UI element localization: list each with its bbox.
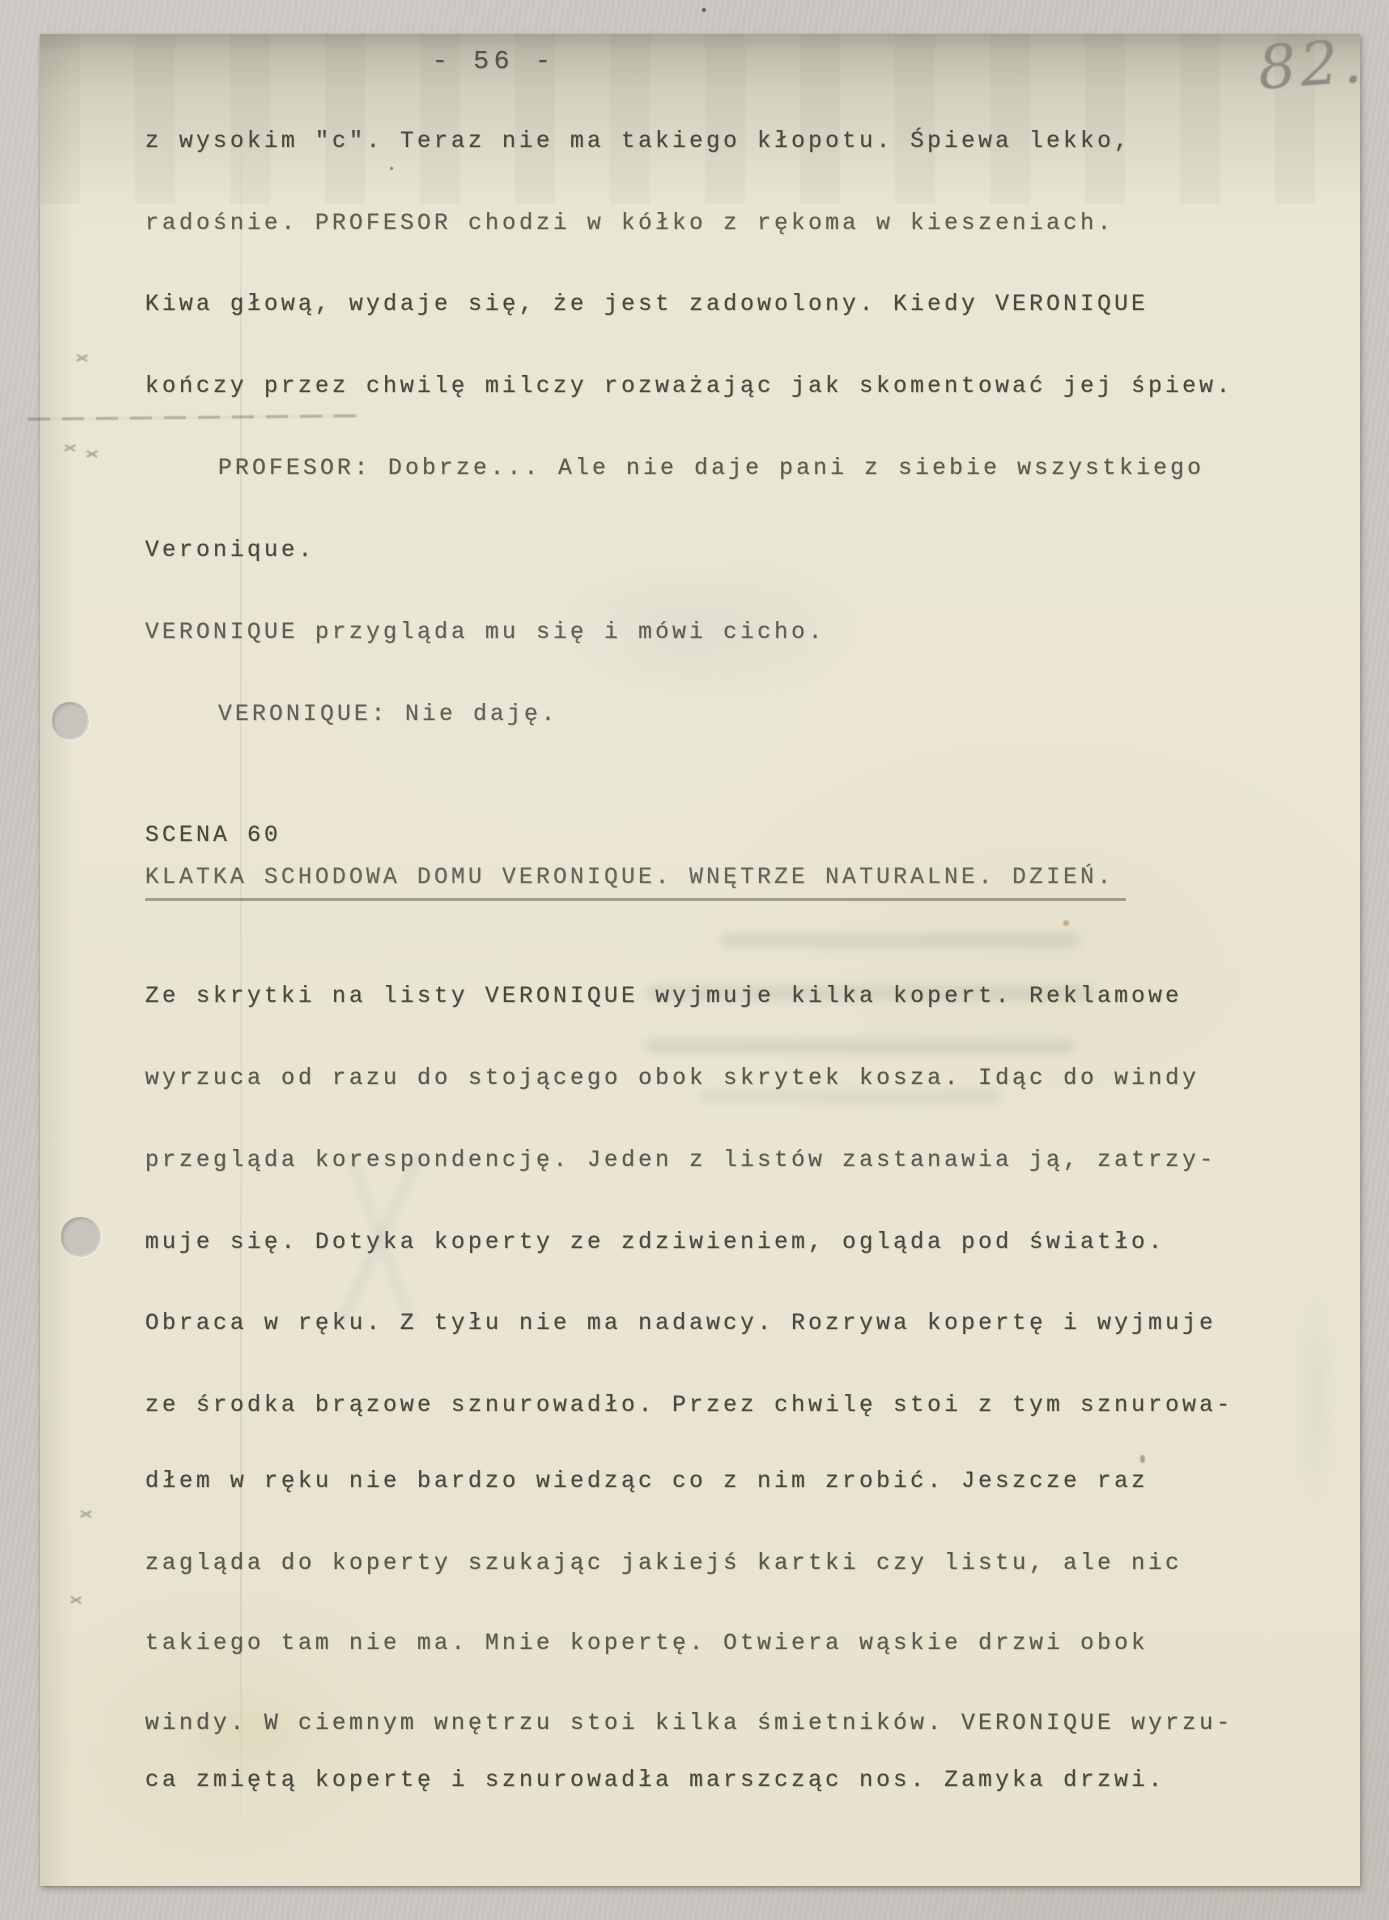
script-line: zagląda do koperty szukając jakiejś kart… [145, 1548, 1182, 1578]
script-line: Obraca w ręku. Z tyłu nie ma nadawcy. Ro… [145, 1308, 1216, 1338]
scene-heading-line: KLATKA SCHODOWA DOMU VERONIQUE. WNĘTRZE … [145, 862, 1126, 901]
dialogue-line-veronique: VERONIQUE: Nie daję. [218, 699, 558, 729]
script-line: radośnie. PROFESOR chodzi w kółko z ręko… [145, 208, 1114, 238]
script-line: wyrzuca od razu do stojącego obok skryte… [145, 1063, 1199, 1093]
paper-speck [702, 8, 706, 12]
dialogue-line-profesor: PROFESOR: Dobrze... Ale nie daje pani z … [218, 453, 1204, 483]
script-line: Veronique. [145, 535, 315, 565]
script-line: Ze skrytki na listy VERONIQUE wyjmuje ki… [145, 981, 1182, 1011]
paper-sheet: - 56 - 82. z wysokim "c". Teraz nie ma t… [40, 34, 1360, 1886]
scene-number-line: SCENA 60 [145, 820, 281, 850]
script-line: windy. W ciemnym wnętrzu stoi kilka śmie… [145, 1708, 1233, 1738]
script-line: kończy przez chwilę milczy rozważając ja… [145, 371, 1233, 401]
script-line: z wysokim "c". Teraz nie ma takiego kłop… [145, 126, 1131, 156]
typewritten-text: z wysokim "c". Teraz nie ma takiego kłop… [40, 34, 1360, 1886]
script-line: takiego tam nie ma. Mnie kopertę. Otwier… [145, 1628, 1148, 1658]
script-line: przegląda korespondencję. Jeden z listów… [145, 1145, 1216, 1175]
script-line: Kiwa głową, wydaje się, że jest zadowolo… [145, 289, 1148, 319]
script-line: dłem w ręku nie bardzo wiedząc co z nim … [145, 1466, 1148, 1496]
script-line: VERONIQUE przygląda mu się i mówi cicho. [145, 617, 825, 647]
script-line: ca zmiętą kopertę i sznurowadła marszczą… [145, 1765, 1165, 1795]
script-line: ze środka brązowe sznurowadło. Przez chw… [145, 1390, 1233, 1420]
script-line: muje się. Dotyka koperty ze zdziwieniem,… [145, 1227, 1165, 1257]
